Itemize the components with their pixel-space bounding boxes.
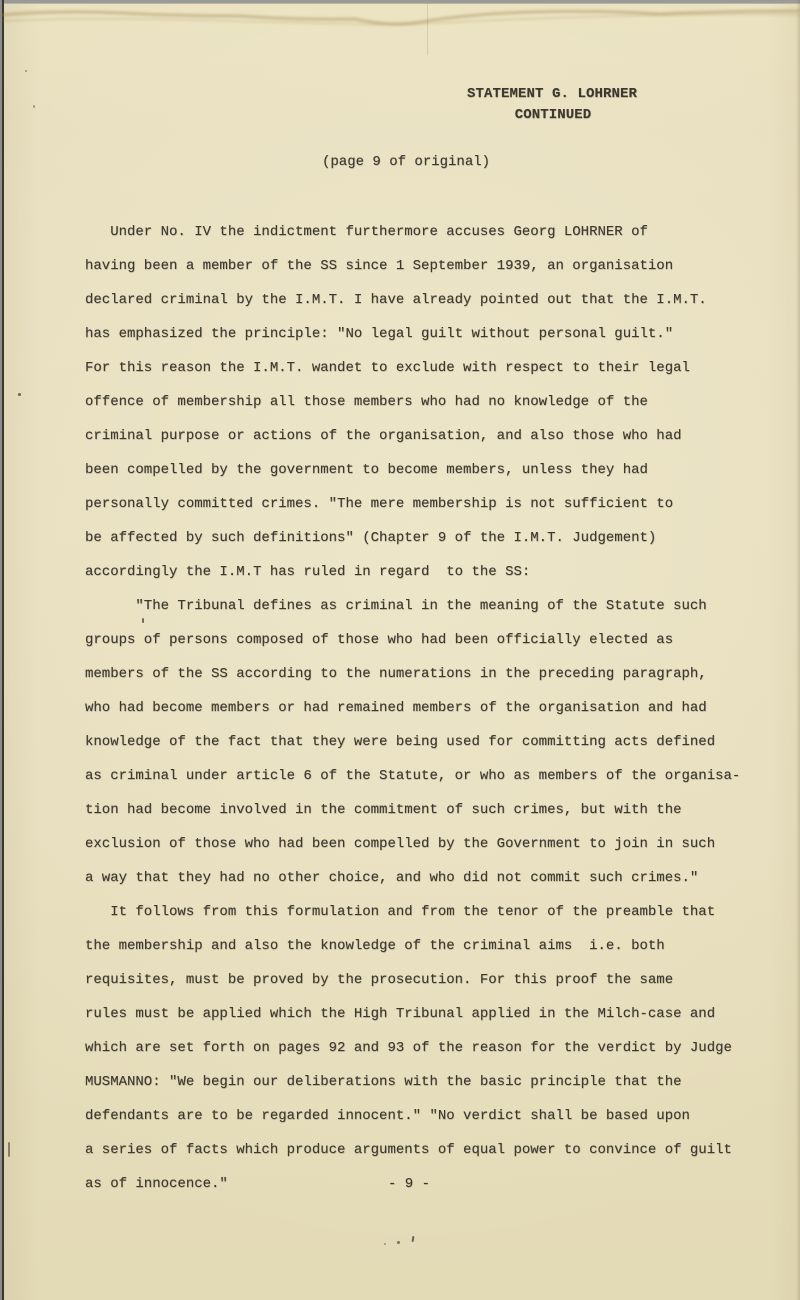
text-line: knowledge of the fact that they were bei… [85, 725, 785, 759]
paper-stain-top [0, 0, 800, 44]
document-page: STATEMENT G. LOHRNER CONTINUED (page 9 o… [0, 0, 800, 1300]
paper-crease [427, 3, 428, 55]
text-line: It follows from this formulation and fro… [85, 895, 785, 929]
text-line: been compelled by the government to beco… [85, 453, 785, 487]
text-line: "The Tribunal defines as criminal in the… [85, 589, 785, 623]
paper-speck [8, 1142, 10, 1157]
text-line: exclusion of those who had been compelle… [85, 827, 785, 861]
text-line: members of the SS according to the numer… [85, 657, 785, 691]
paper-speck [18, 393, 21, 396]
page-number: - 9 - [388, 1167, 430, 1201]
text-line: For this reason the I.M.T. wandet to exc… [85, 351, 785, 385]
text-line: as criminal under article 6 of the Statu… [85, 759, 785, 793]
header-continued: CONTINUED [467, 105, 639, 126]
text-line: having been a member of the SS since 1 S… [85, 249, 785, 283]
text-line: MUSMANNO: "We begin our deliberations wi… [85, 1065, 785, 1099]
paper-speck [33, 105, 35, 108]
scan-edge-left [0, 0, 6, 1300]
text-line: has emphasized the principle: "No legal … [85, 317, 785, 351]
text-line: offence of membership all those members … [85, 385, 785, 419]
text-line: a way that they had no other choice, and… [85, 861, 785, 895]
text-line: groups of persons composed of those who … [85, 623, 785, 657]
scan-edge-right [796, 0, 800, 1300]
text-line: requisites, must be proved by the prosec… [85, 963, 785, 997]
text-line: tion had become involved in the commitme… [85, 793, 785, 827]
text-line: the membership and also the knowledge of… [85, 929, 785, 963]
stray-type-mark [142, 618, 144, 623]
text-line: rules must be applied which the High Tri… [85, 997, 785, 1031]
text-line: who had become members or had remained m… [85, 691, 785, 725]
text-line: as of innocence." [85, 1167, 785, 1201]
text-line: Under No. IV the indictment furthermore … [85, 215, 785, 249]
text-line: a series of facts which produce argument… [85, 1133, 785, 1167]
text-line: declared criminal by the I.M.T. I have a… [85, 283, 785, 317]
stray-type-mark [397, 1241, 400, 1244]
text-line: be affected by such definitions" (Chapte… [85, 521, 785, 555]
document-body: Under No. IV the indictment furthermore … [85, 215, 785, 1201]
text-line: defendants are to be regarded innocent."… [85, 1099, 785, 1133]
document-header: STATEMENT G. LOHRNER CONTINUED [467, 84, 639, 126]
header-title: STATEMENT G. LOHRNER [467, 84, 639, 105]
page-reference: (page 9 of original) [322, 152, 490, 172]
text-line: which are set forth on pages 92 and 93 o… [85, 1031, 785, 1065]
stray-type-mark [412, 1236, 415, 1242]
text-line: criminal purpose or actions of the organ… [85, 419, 785, 453]
text-line: personally committed crimes. "The mere m… [85, 487, 785, 521]
paper-speck [384, 1243, 386, 1245]
text-line: accordingly the I.M.T has ruled in regar… [85, 555, 785, 589]
scan-edge-top [0, 0, 800, 4]
paper-speck [25, 70, 27, 72]
